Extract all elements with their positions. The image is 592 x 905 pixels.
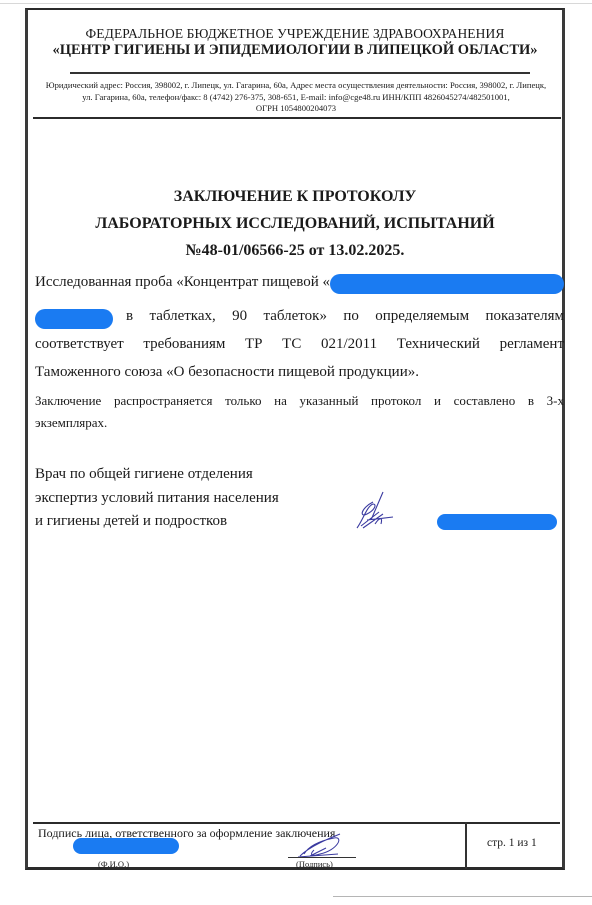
org-name-line1: ФЕДЕРАЛЬНОЕ БЮДЖЕТНОЕ УЧРЕЖДЕНИЕ ЗДРАВОО… xyxy=(28,26,562,42)
document-frame: ФЕДЕРАЛЬНОЕ БЮДЖЕТНОЕ УЧРЕЖДЕНИЕ ЗДРАВОО… xyxy=(25,8,565,870)
responsible-signature-icon xyxy=(290,832,350,860)
body-line-3: соответствует требованиям ТР ТС 021/2011… xyxy=(35,336,564,353)
signature-caption: (Подпись) xyxy=(296,859,333,869)
org-name-line2: «ЦЕНТР ГИГИЕНЫ И ЭПИДЕМИОЛОГИИ В ЛИПЕЦКО… xyxy=(28,42,562,59)
signatory-position-line1: Врач по общей гигиене отделения xyxy=(35,466,253,483)
address-line-1: Юридический адрес: Россия, 398002, г. Ли… xyxy=(30,80,562,92)
header-divider xyxy=(70,72,530,74)
signatory-position-line2: экспертиз условий питания населения xyxy=(35,490,279,507)
signature-line xyxy=(288,857,356,858)
body-line-4: Таможенного союза «О безопасности пищево… xyxy=(35,364,419,381)
note-line-2: экземплярах. xyxy=(35,415,107,431)
redaction-responsible-name xyxy=(73,838,179,854)
body-line-2: в таблетках, 90 таблеток» по определяемы… xyxy=(126,308,564,325)
doc-title-line2: ЛАБОРАТОРНЫХ ИССЛЕДОВАНИЙ, ИСПЫТАНИЙ xyxy=(28,215,562,233)
footer-column-divider xyxy=(465,822,467,869)
address-line-3: ОГРН 1054800204073 xyxy=(30,103,562,115)
signatory-position-line3: и гигиены детей и подростков xyxy=(35,513,227,530)
page-number: стр. 1 из 1 xyxy=(487,837,537,849)
redaction-product-name xyxy=(330,274,564,294)
fio-caption: (Ф.И.О.) xyxy=(98,859,129,869)
doc-title-protocol-number: №48-01/06566-25 от 13.02.2025. xyxy=(28,242,562,260)
page-edge xyxy=(0,3,592,4)
redaction-product-name-cont xyxy=(35,309,113,329)
note-line-1: Заключение распространяется только на ук… xyxy=(35,393,564,409)
signature-icon xyxy=(353,490,403,532)
org-address: Юридический адрес: Россия, 398002, г. Ли… xyxy=(30,80,562,115)
doc-title-line1: ЗАКЛЮЧЕНИЕ К ПРОТОКОЛУ xyxy=(28,188,562,206)
address-divider xyxy=(33,117,561,119)
scan-edge-line xyxy=(333,896,592,897)
redaction-signatory-name xyxy=(437,514,557,530)
address-line-2: ул. Гагарина, 60а, телефон/факс: 8 (4742… xyxy=(30,92,562,104)
footer-divider xyxy=(33,822,560,824)
body-line-1: Исследованная проба «Концентрат пищевой … xyxy=(35,274,330,291)
